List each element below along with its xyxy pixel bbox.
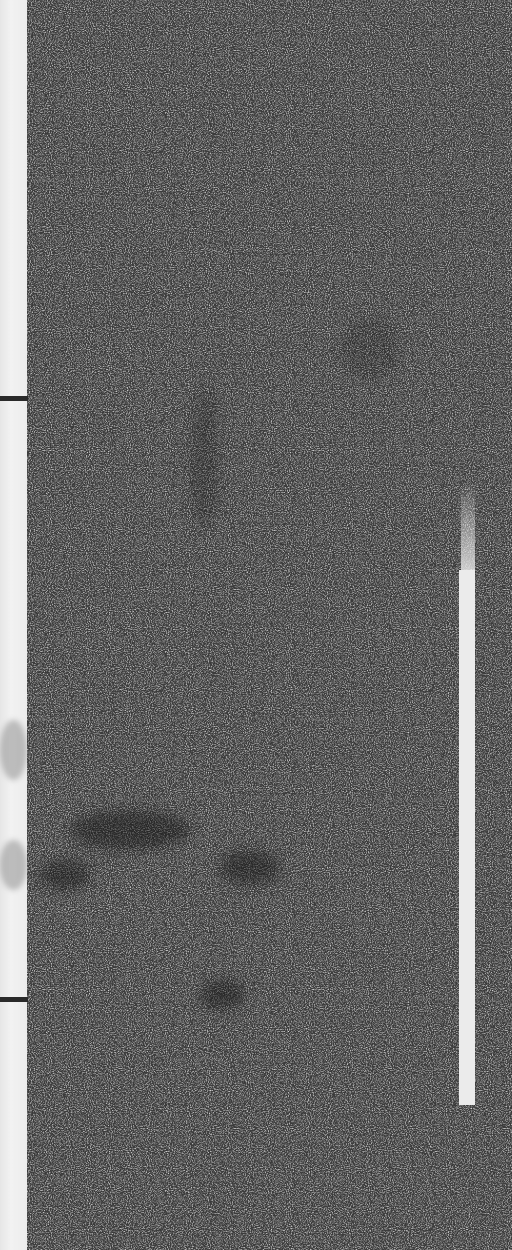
edge-line-joint (0, 396, 28, 401)
right-lane-marking (459, 570, 475, 1105)
edge-line-joint (0, 997, 28, 1002)
oil-stain (220, 850, 280, 885)
edge-smudge (0, 720, 27, 780)
oil-stain (200, 980, 245, 1010)
asphalt-texture (0, 0, 512, 1250)
road-surface-photo (0, 0, 512, 1250)
oil-stain (40, 860, 90, 890)
edge-smudge (0, 840, 27, 890)
left-edge-line (0, 0, 27, 1250)
worn-lane-marking (461, 480, 475, 572)
oil-stain (70, 810, 190, 850)
tire-track (340, 320, 400, 380)
tire-track (190, 390, 218, 530)
